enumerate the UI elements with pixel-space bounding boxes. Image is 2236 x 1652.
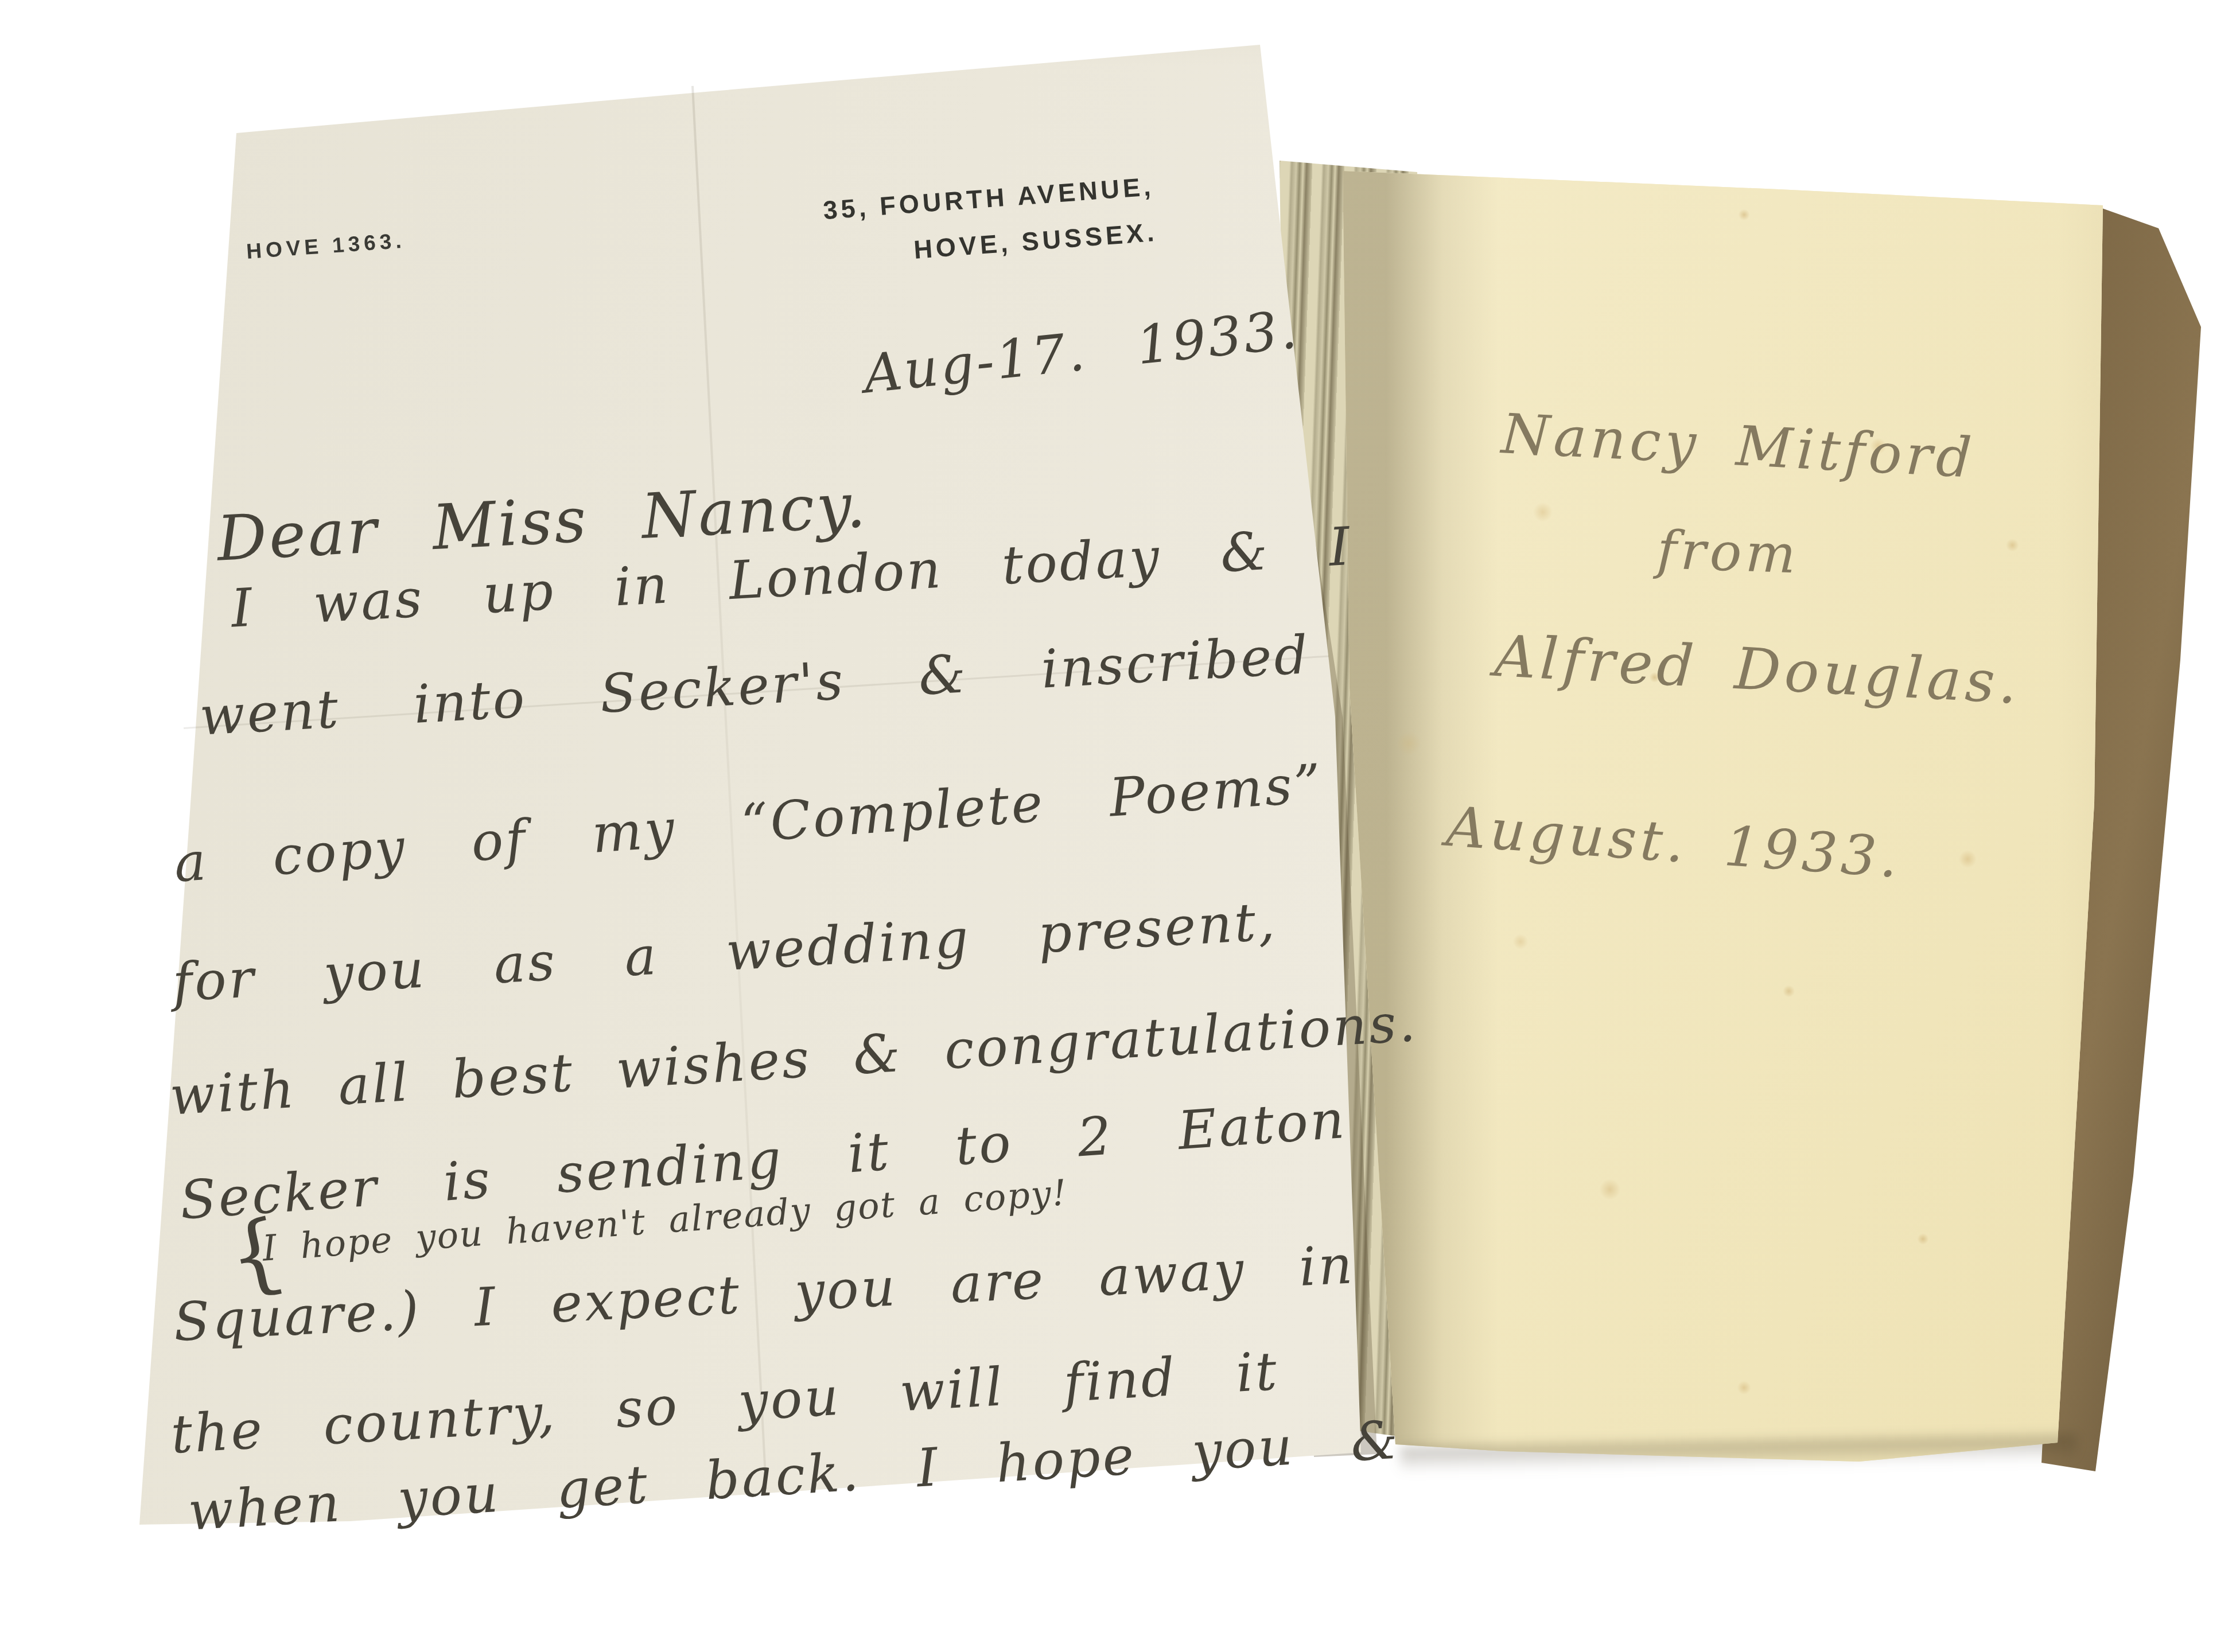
inscription-from-word: from	[1656, 519, 1801, 586]
photo-scene: Nancy Mitford from Alfred Douglas. Augus…	[0, 0, 2236, 1652]
